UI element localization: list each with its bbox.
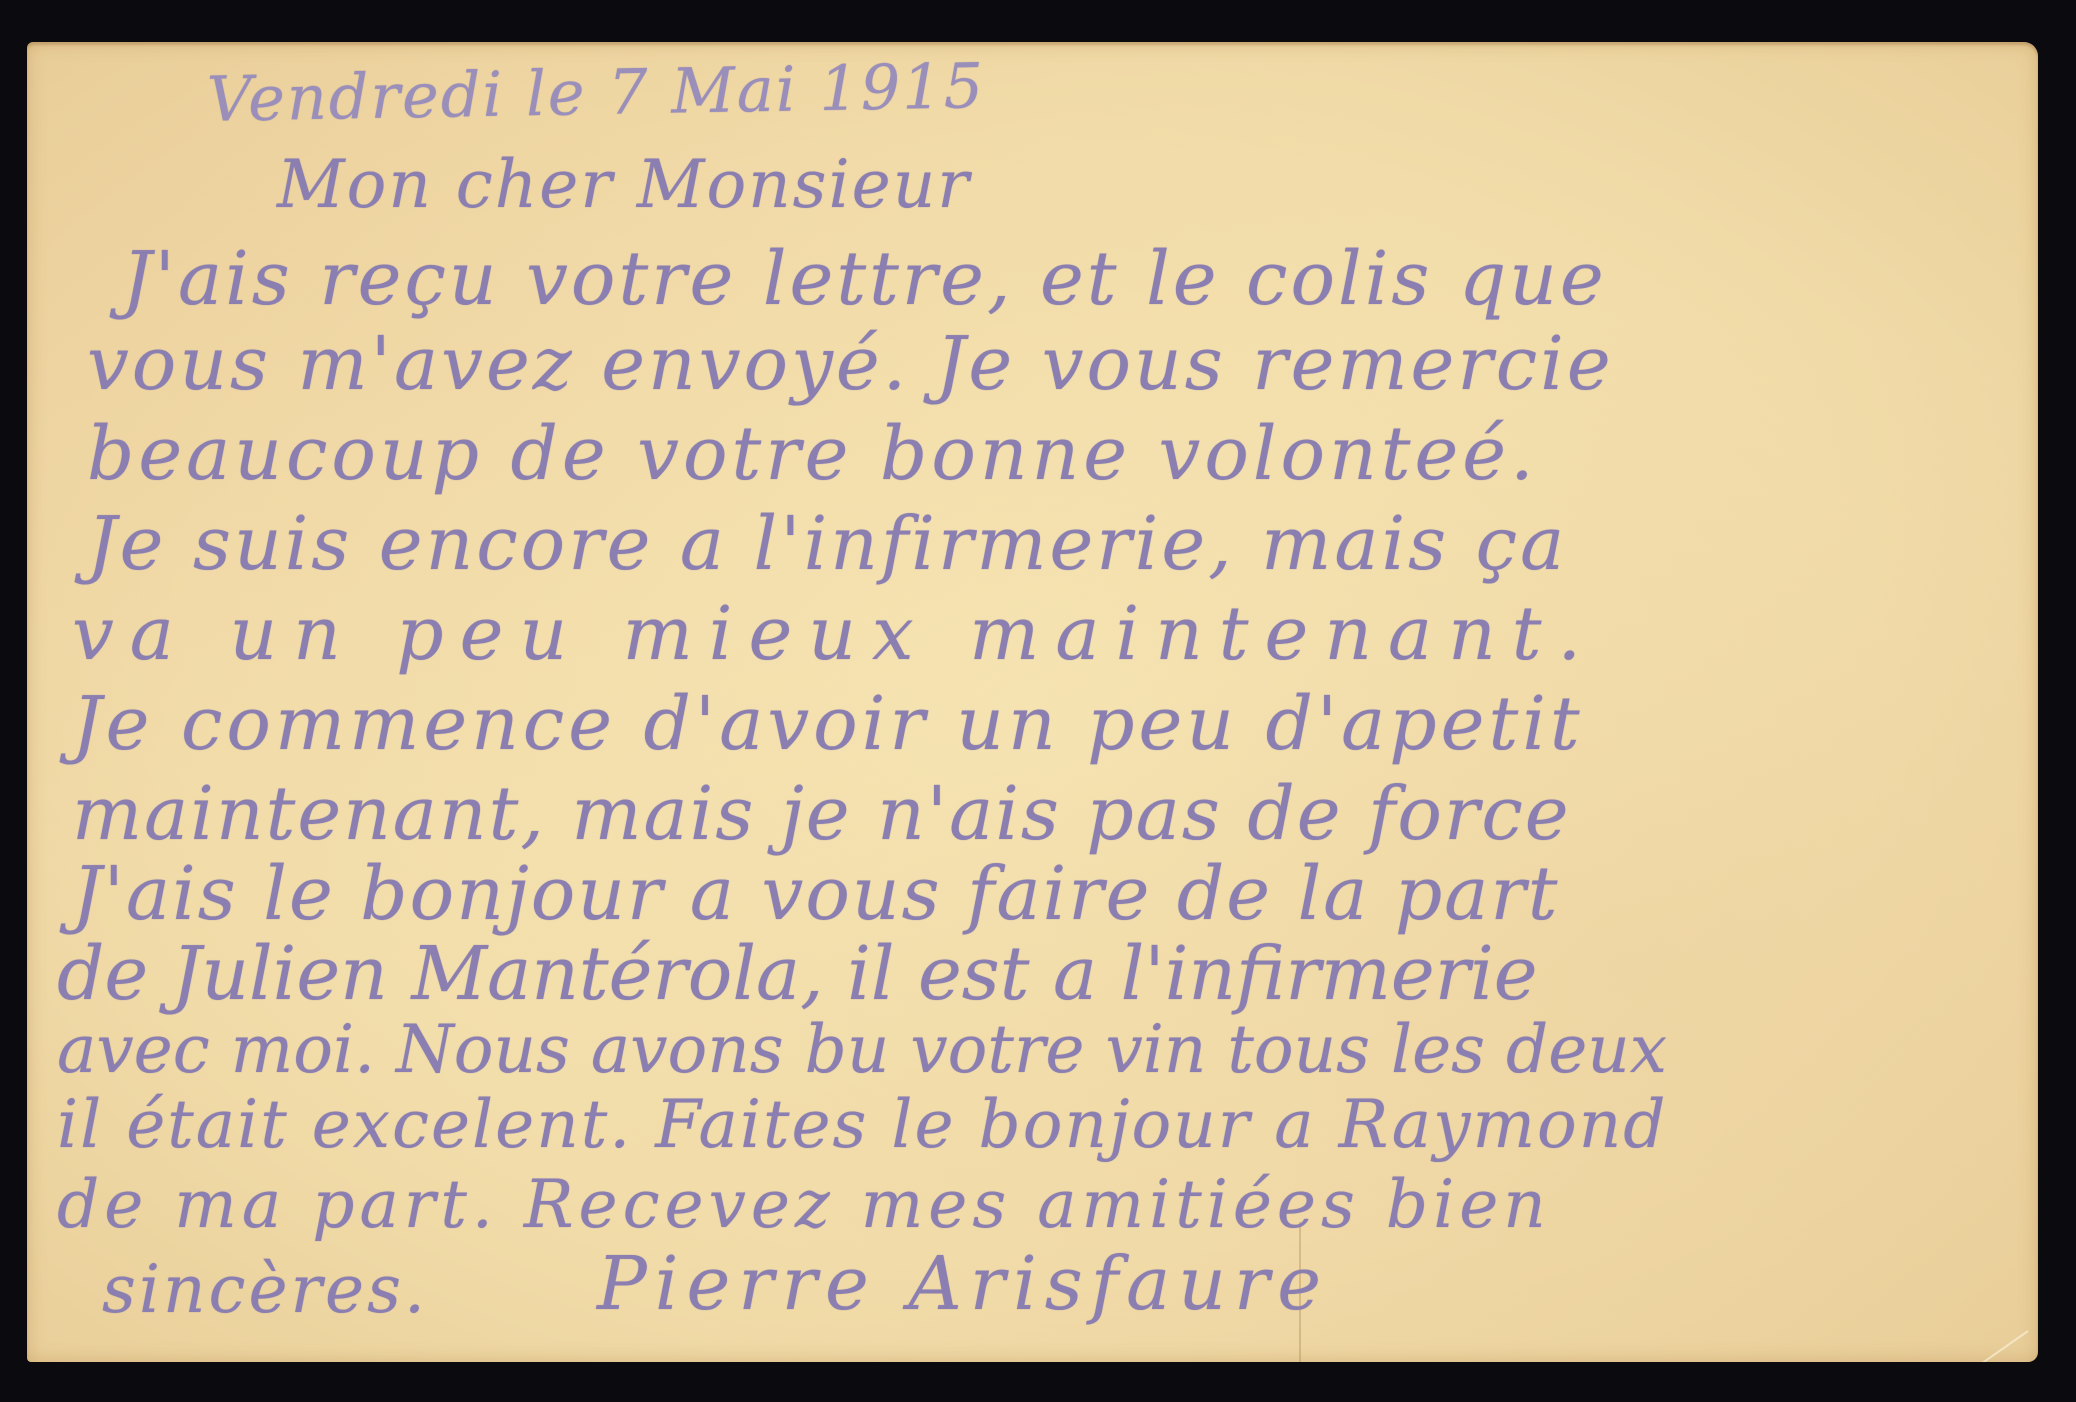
body-line-8: J'ais le bonjour a vous faire de la part bbox=[72, 857, 1560, 931]
closing-text: sincères. bbox=[102, 1257, 428, 1323]
body-line-12: de ma part. Recevez mes amitiées bien bbox=[57, 1172, 1551, 1238]
body-line-11: il était excelent. Faites le bonjour a R… bbox=[57, 1092, 1668, 1158]
date-line: Vendredi le 7 Mai 1915 bbox=[207, 55, 986, 131]
body-line-4: Je suis encore a l'infirmerie, mais ça bbox=[87, 507, 1567, 581]
body-line-1: J'ais reçu votre lettre, et le colis que bbox=[122, 242, 1607, 316]
postcard-back: Vendredi le 7 Mai 1915 Mon cher Monsieur… bbox=[27, 42, 2038, 1362]
body-line-5: va un peu mieux maintenant. bbox=[72, 597, 1597, 671]
salutation: Mon cher Monsieur bbox=[277, 152, 971, 218]
body-line-9: de Julien Mantérola, il est a l'infirmer… bbox=[57, 937, 1538, 1011]
body-line-10: avec moi. Nous avons bu votre vin tous l… bbox=[57, 1017, 1667, 1083]
body-line-2: vous m'avez envoyé. Je vous remercie bbox=[87, 327, 1614, 401]
body-line-7: maintenant, mais je n'ais pas de force bbox=[72, 777, 1571, 851]
scanned-postcard: Vendredi le 7 Mai 1915 Mon cher Monsieur… bbox=[0, 0, 2076, 1402]
body-line-3: beaucoup de votre bonne volonteé. bbox=[87, 417, 1538, 491]
signature: Pierre Arisfaure bbox=[597, 1247, 1329, 1321]
body-line-6: Je commence d'avoir un peu d'apetit bbox=[72, 687, 1584, 761]
